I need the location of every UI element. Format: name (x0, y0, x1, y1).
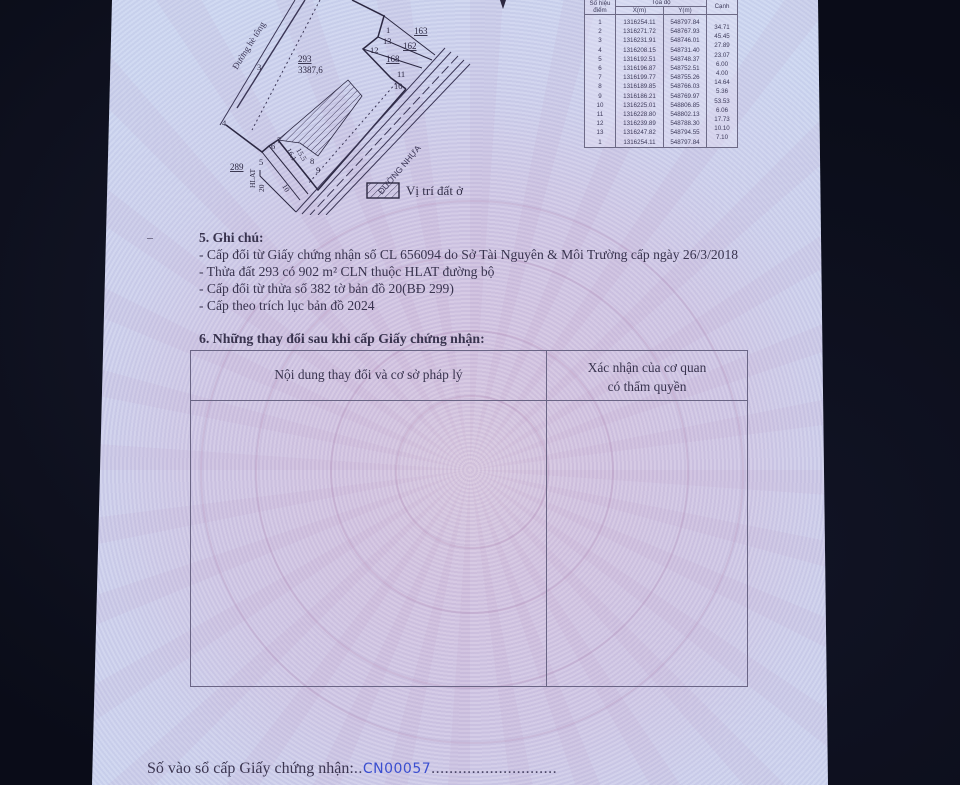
header-y: Y(m) (663, 7, 706, 15)
changes-table: Nội dung thay đổi và cơ sở pháp lý Xác n… (190, 350, 748, 687)
note-line: - Thửa đất 293 có 902 m² CLN thuộc HLAT … (199, 263, 738, 280)
svg-text:5: 5 (259, 157, 263, 167)
coordinate-row: 11316254.11548797.8434.7145.4527.8923.07… (585, 15, 738, 28)
change-content-cell (191, 401, 546, 686)
svg-text:15.5: 15.5 (294, 147, 308, 163)
svg-text:4: 4 (222, 118, 227, 128)
coordinate-table: Số hiệu điểm Tọa độ Cạnh X(m) Y(m) 11316… (584, 0, 738, 148)
svg-text:11: 11 (397, 69, 405, 79)
north-arrow-icon (500, 0, 506, 9)
notes-section: 5. Ghi chú: - Cấp đổi từ Giấy chứng nhận… (199, 229, 738, 314)
parcel-diagram: Đường hè tông ĐƯỜNG NHỰA (200, 0, 600, 215)
svg-text:10: 10 (280, 183, 292, 194)
svg-text:1: 1 (386, 25, 390, 35)
svg-text:3387,6: 3387,6 (298, 65, 323, 75)
svg-text:293: 293 (298, 54, 312, 64)
note-line: - Cấp đổi từ thửa số 382 tờ bản đồ 20(BĐ… (199, 280, 738, 297)
registry-number-line: Số vào sổ cấp Giấy chứng nhận:..CN00057.… (147, 760, 557, 778)
residential-area-hatch (278, 80, 362, 156)
svg-text:13: 13 (383, 36, 392, 46)
stray-mark: – (147, 230, 153, 245)
header-point-no: Số hiệu điểm (585, 0, 616, 15)
coordinate-table-body: 11316254.11548797.8434.7145.4527.8923.07… (585, 15, 738, 148)
header-x: X(m) (616, 7, 664, 15)
edge-lengths: 34.7145.4527.8923.076.004.0014.645.3653.… (707, 15, 738, 148)
registry-label: Số vào sổ cấp Giấy chứng nhận: (147, 760, 354, 777)
svg-text:8: 8 (310, 156, 314, 166)
svg-text:168: 168 (386, 54, 400, 64)
note-line: - Cấp theo trích lục bản đồ 2024 (199, 297, 738, 314)
change-content-header: Nội dung thay đổi và cơ sở pháp lý (191, 367, 546, 383)
svg-text:6: 6 (271, 141, 275, 151)
header-edge: Cạnh (707, 0, 738, 15)
svg-text:10: 10 (394, 81, 403, 91)
left-road-label: Đường hè tông (230, 19, 267, 71)
legend-label: Vị trí đất ở (406, 183, 463, 199)
authority-confirmation-header: Xác nhận của cơ quan có thẩm quyền (547, 358, 747, 396)
authority-confirmation-cell (547, 401, 747, 686)
document-content: Đường hè tông ĐƯỜNG NHỰA (0, 0, 960, 785)
legend-swatch (367, 183, 399, 198)
registry-number-value: CN00057 (363, 761, 431, 777)
svg-text:163: 163 (414, 26, 428, 36)
svg-text:12: 12 (370, 45, 379, 55)
notes-title: 5. Ghi chú: (199, 229, 738, 246)
dimension-labels: 20 10 16.1 15.5 HLAT (248, 147, 309, 194)
svg-text:162: 162 (403, 41, 417, 51)
svg-text:HLAT: HLAT (248, 168, 257, 188)
svg-text:3: 3 (257, 62, 261, 72)
svg-text:9: 9 (316, 165, 320, 175)
svg-text:289: 289 (230, 162, 244, 172)
changes-title: 6. Những thay đổi sau khi cấp Giấy chứng… (199, 331, 485, 347)
svg-text:7: 7 (277, 135, 281, 145)
svg-text:20: 20 (257, 184, 266, 192)
note-line: - Cấp đổi từ Giấy chứng nhận số CL 65609… (199, 246, 738, 263)
